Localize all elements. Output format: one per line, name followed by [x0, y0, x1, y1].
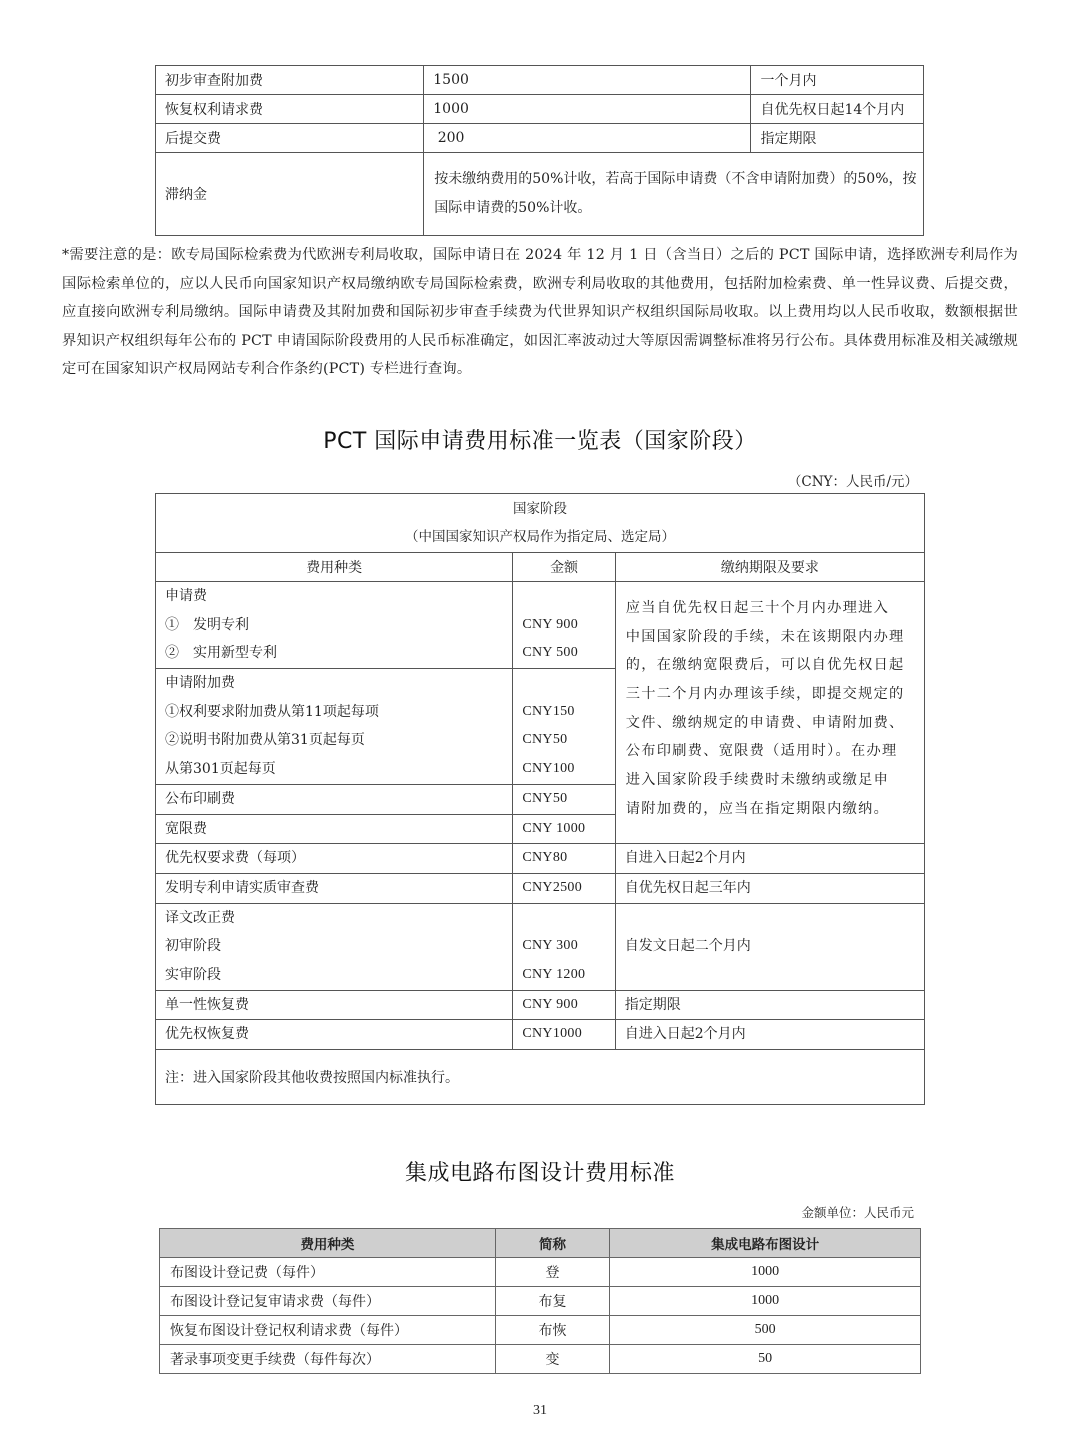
table-row: 优先权恢复费 CNY1000 自进入日起2个月内 [156, 1020, 925, 1050]
fee-amount: CNY1000 [513, 1020, 615, 1050]
table-footnote-row: 注：进入国家阶段其他收费按照国内标准执行。 [156, 1050, 925, 1105]
fee-name: 实审阶段 [165, 961, 512, 990]
fee-amount: CNY 1000 [513, 814, 615, 844]
table-row: 后提交费 200 指定期限 [156, 124, 924, 153]
fee-amount: CNY80 [513, 844, 615, 874]
fee-abbr: 登 [495, 1258, 609, 1287]
column-header-deadline: 缴纳期限及要求 [615, 553, 924, 582]
column-headers: 费用种类 简称 集成电路布图设计 [160, 1229, 921, 1258]
fee-group-label: 申请附加费 [165, 669, 512, 698]
fee-name: 著录事项变更手续费（每件每次） [160, 1345, 496, 1374]
fee-abbr: 布复 [495, 1287, 609, 1316]
table-row: 滞纳金 按未缴纳费用的50%计收，若高于国际申请费（不含申请附加费）的50%，按… [156, 153, 924, 236]
fee-amount: CNY50 [513, 784, 615, 814]
fee-amount: 500 [610, 1316, 921, 1345]
fee-amount: 200 [424, 124, 751, 153]
table-row: 初步审查附加费 1500 一个月内 [156, 66, 924, 95]
table-header: 国家阶段 （中国国家知识产权局作为指定局、选定局） [156, 494, 925, 553]
fee-name: 后提交费 [156, 124, 424, 153]
fee-amount: CNY50 [522, 726, 614, 755]
table-row: 发明专利申请实质审查费 CNY2500 自优先权日起三年内 [156, 873, 925, 903]
fee-name: ①权利要求附加费从第11项起每项 [165, 698, 512, 727]
fee-amount: 1000 [610, 1287, 921, 1316]
fee-name: 公布印刷费 [156, 784, 513, 814]
column-header-ic-layout: 集成电路布图设计 [610, 1229, 921, 1258]
fee-amount: CNY2500 [513, 873, 615, 903]
table-row: 著录事项变更手续费（每件每次） 变 50 [160, 1345, 921, 1374]
fee-amount: 1000 [424, 95, 751, 124]
fee-name: ② 实用新型专利 [165, 639, 512, 668]
ic-section-title: 集成电路布图设计费用标准 [0, 1156, 1080, 1187]
fee-name: 初审阶段 [165, 932, 512, 961]
pct-unit-note: （CNY：人民币/元） [600, 470, 918, 490]
column-header-fee-type: 费用种类 [160, 1229, 496, 1258]
column-header-amount: 金额 [513, 553, 615, 582]
fee-name: 单一性恢复费 [156, 990, 513, 1020]
fee-deadline: 自发文日起二个月内 [615, 903, 924, 990]
header-line-1: 国家阶段 [156, 495, 924, 523]
table-row: 布图设计登记复审请求费（每件） 布复 1000 [160, 1287, 921, 1316]
column-header-abbreviation: 简称 [495, 1229, 609, 1258]
fee-deadline: 指定期限 [615, 990, 924, 1020]
column-header-fee-type: 费用种类 [156, 553, 513, 582]
fee-amount: CNY 500 [522, 639, 614, 668]
international-fee-table-continued: 初步审查附加费 1500 一个月内 恢复权利请求费 1000 自优先权日起14个… [155, 65, 924, 236]
fee-group-label: 申请费 [165, 582, 512, 611]
fee-deadline: 一个月内 [751, 66, 924, 95]
fee-abbr: 变 [495, 1345, 609, 1374]
fee-name: 优先权要求费（每项） [156, 844, 513, 874]
fee-name: 宽限费 [156, 814, 513, 844]
column-headers: 费用种类 金额 缴纳期限及要求 [156, 553, 925, 582]
fee-deadline: 自进入日起2个月内 [615, 844, 924, 874]
fee-name: 恢复权利请求费 [156, 95, 424, 124]
fee-name: 布图设计登记复审请求费（每件） [160, 1287, 496, 1316]
fee-amount: CNY 900 [513, 990, 615, 1020]
fee-name: 布图设计登记费（每件） [160, 1258, 496, 1287]
table-note: 注：进入国家阶段其他收费按照国内标准执行。 [156, 1050, 925, 1105]
fee-amount: CNY 300 [522, 932, 614, 961]
fee-name: 从第301页起每页 [165, 755, 512, 784]
fee-group-label: 译文改正费 [165, 904, 512, 933]
ic-unit-note: 金额单位：人民币元 [600, 1203, 914, 1221]
table-row: 布图设计登记费（每件） 登 1000 [160, 1258, 921, 1287]
fee-deadline: 自优先权日起三年内 [615, 873, 924, 903]
table-row: 译文改正费 初审阶段 实审阶段 CNY 300 CNY 1200 自发文日起二个… [156, 903, 925, 990]
fee-name: ②说明书附加费从第31页起每页 [165, 726, 512, 755]
table-row: 恢复布图设计登记权利请求费（每件） 布恢 500 [160, 1316, 921, 1345]
entry-requirement: 应当自优先权日起三十个月内办理进入 中国国家阶段的手续，未在该期限内办理 的，在… [615, 582, 924, 844]
ic-layout-fee-table: 费用种类 简称 集成电路布图设计 布图设计登记费（每件） 登 1000 布图设计… [159, 1228, 921, 1374]
fee-deadline: 自进入日起2个月内 [615, 1020, 924, 1050]
table-row: 单一性恢复费 CNY 900 指定期限 [156, 990, 925, 1020]
fee-name: 初步审查附加费 [156, 66, 424, 95]
fee-abbr: 布恢 [495, 1316, 609, 1345]
fee-name: 优先权恢复费 [156, 1020, 513, 1050]
late-fee-description: 按未缴纳费用的50%计收，若高于国际申请费（不含申请附加费）的50%，按国际申请… [424, 153, 924, 236]
fee-amount: 50 [610, 1345, 921, 1374]
pct-section-title: PCT 国际申请费用标准一览表（国家阶段） [0, 424, 1080, 455]
fee-amount: CNY 1200 [522, 961, 614, 990]
header-line-2: （中国国家知识产权局作为指定局、选定局） [156, 523, 924, 551]
fee-name: ① 发明专利 [165, 611, 512, 640]
fee-deadline: 自优先权日起14个月内 [751, 95, 924, 124]
fee-deadline: 指定期限 [751, 124, 924, 153]
fee-amount: 1500 [424, 66, 751, 95]
footnote-paragraph: *需要注意的是：欧专局国际检索费为代欧洲专利局收取，国际申请日在 2024 年 … [62, 241, 1018, 384]
fee-name: 滞纳金 [156, 153, 424, 236]
pct-national-phase-table: 国家阶段 （中国国家知识产权局作为指定局、选定局） 费用种类 金额 缴纳期限及要… [155, 493, 925, 1105]
fee-name: 恢复布图设计登记权利请求费（每件） [160, 1316, 496, 1345]
table-row: 恢复权利请求费 1000 自优先权日起14个月内 [156, 95, 924, 124]
page-number: 31 [0, 1403, 1080, 1419]
fee-amount: 1000 [610, 1258, 921, 1287]
fee-amount: CNY 900 [522, 611, 614, 640]
fee-name: 发明专利申请实质审查费 [156, 873, 513, 903]
table-row: 优先权要求费（每项） CNY80 自进入日起2个月内 [156, 844, 925, 874]
fee-amount: CNY100 [522, 755, 614, 784]
fee-amount: CNY150 [522, 698, 614, 727]
table-row: 申请费 ① 发明专利 ② 实用新型专利 CNY 900 CNY 500 应当自优… [156, 582, 925, 669]
